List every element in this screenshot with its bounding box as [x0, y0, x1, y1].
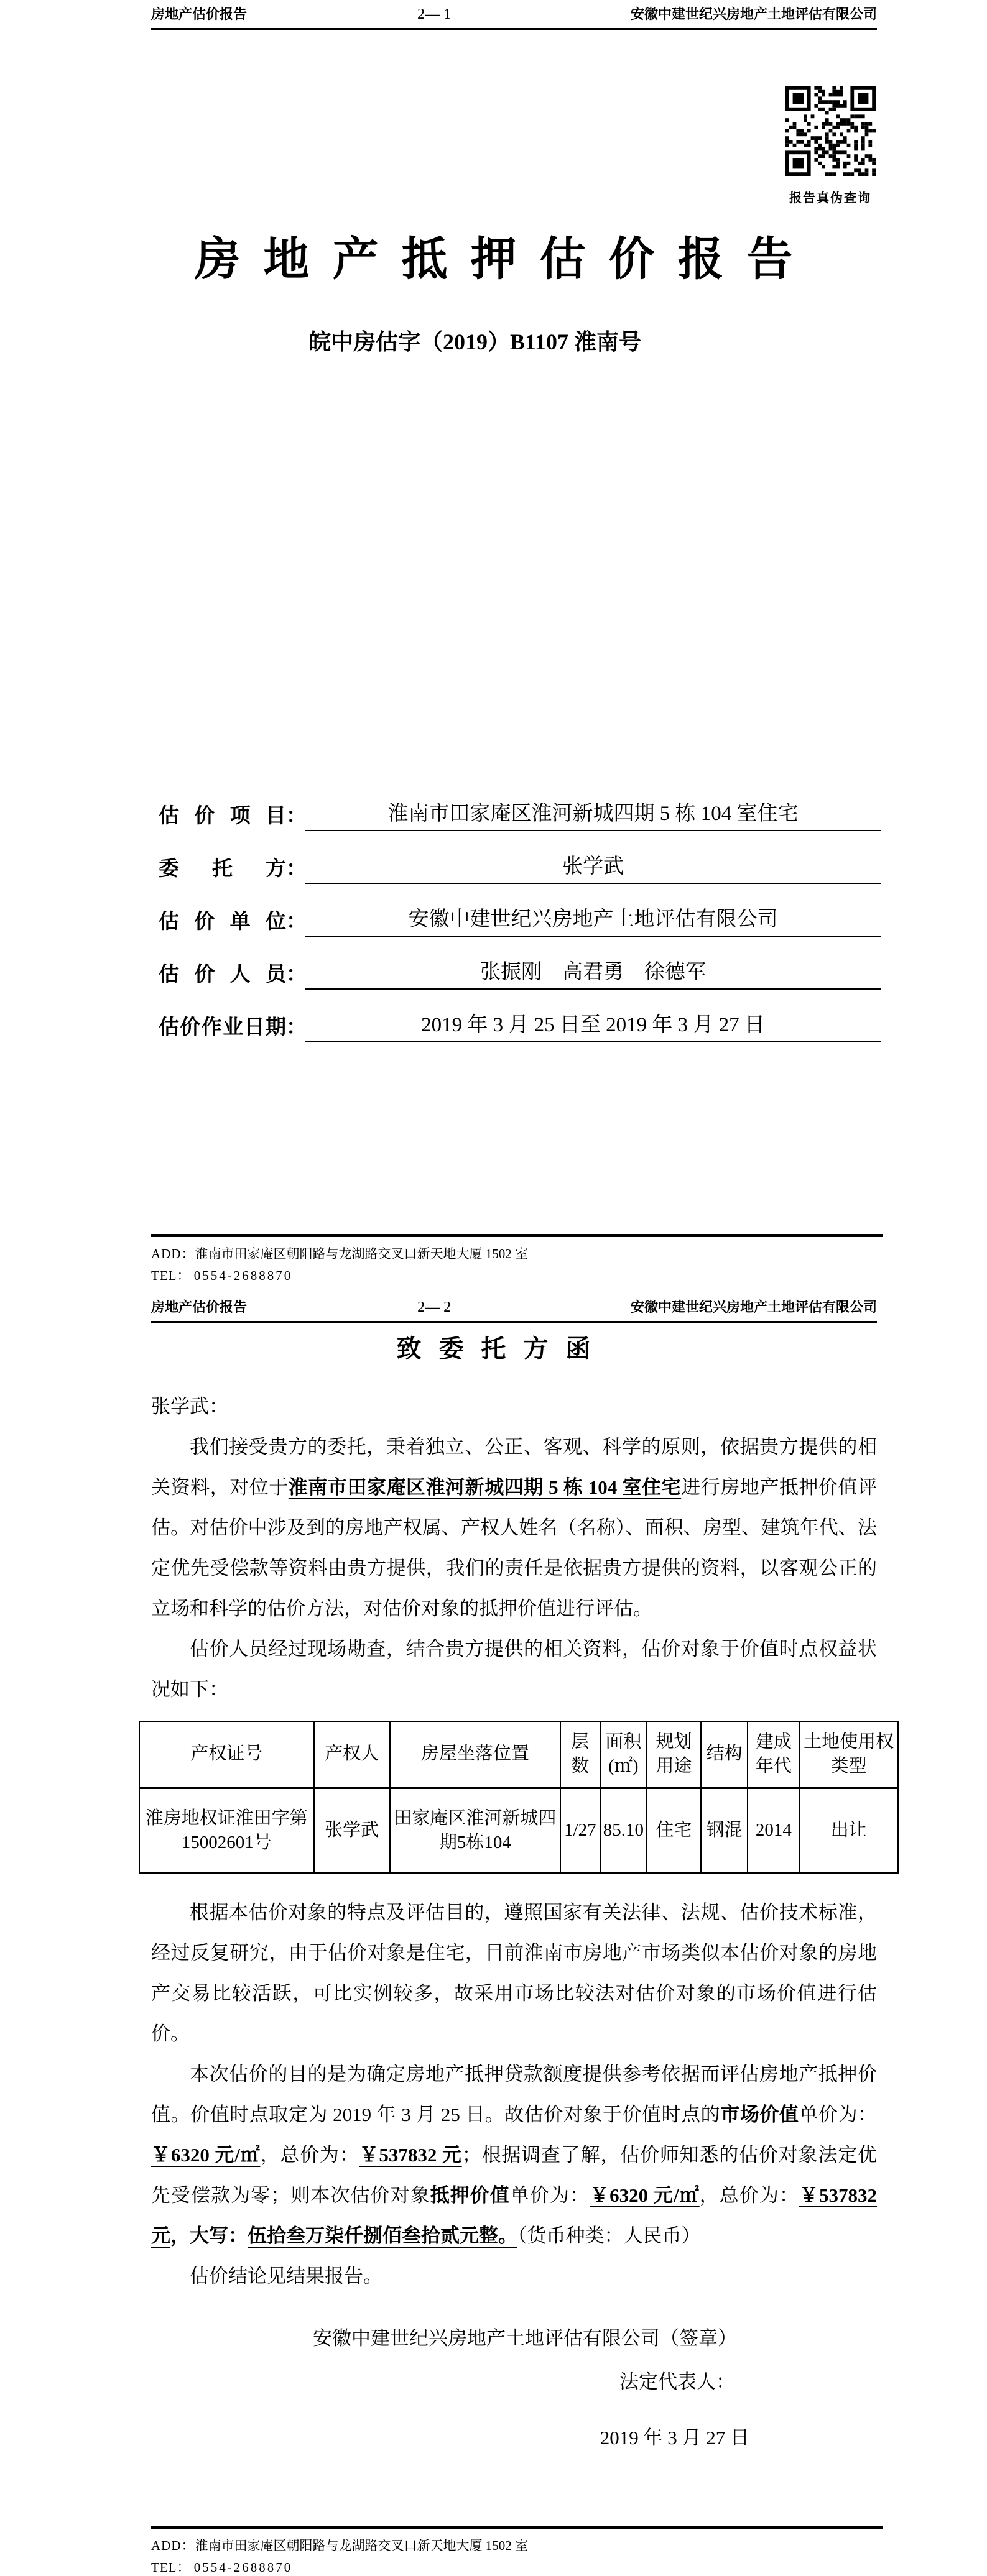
- letter-to-client-page: 房地产估价报告 2— 2 安徽中建世纪兴房地产土地评估有限公司 致委托方函 张学…: [0, 1293, 987, 2576]
- footer-phone: 0554-2688870: [194, 1268, 293, 1283]
- header-company: 安徽中建世纪兴房地产土地评估有限公司: [499, 4, 877, 23]
- legal-representative-line: 法定代表人：: [151, 2362, 877, 2402]
- report-cover-page: 房地产估价报告 2— 1 安徽中建世纪兴房地产土地评估有限公司 报告真伪查询 房…: [0, 0, 987, 1293]
- letter-title: 致委托方函: [0, 1329, 987, 1364]
- cover-fields: 估价项目 ： 淮南市田家庵区淮河新城四期 5 栋 104 室住宅 委托方 ： 张…: [159, 778, 881, 1042]
- header-page-number: 2— 1: [369, 6, 499, 23]
- footer-tel-label: TEL：: [151, 1268, 190, 1283]
- field-project: 估价项目 ： 淮南市田家庵区淮河新城四期 5 栋 104 室住宅: [159, 778, 881, 831]
- footer-phone-line: TEL： 0554-2688870: [151, 1265, 883, 1287]
- cell-floor: 1/27: [560, 1788, 600, 1873]
- col-floor: 层数: [560, 1721, 600, 1788]
- paragraph-survey: 估价人员经过现场勘查，结合贵方提供的相关资料，估价对象于价值时点权益状况如下：: [151, 1629, 877, 1709]
- paragraph-conclusion-ref: 估价结论见结果报告。: [151, 2256, 877, 2296]
- company-signature-line: 安徽中建世纪兴房地产土地评估有限公司（签章）: [151, 2318, 877, 2358]
- header-doc-type: 房地产估价报告: [151, 1297, 369, 1316]
- qr-verification-block: 报告真伪查询: [784, 86, 877, 206]
- cell-planned-use: 住宅: [647, 1788, 701, 1873]
- field-label: 估价人员: [159, 958, 286, 990]
- report-title: 房地产抵押估价报告: [0, 223, 987, 288]
- salutation: 张学武：: [151, 1386, 877, 1427]
- col-planned-use: 规划用途: [647, 1721, 701, 1788]
- cell-structure: 钢混: [701, 1788, 748, 1873]
- col-land-use-type: 土地使用权类型: [799, 1721, 898, 1788]
- cell-owner: 张学武: [314, 1788, 390, 1873]
- footer-phone: 0554-2688870: [194, 2560, 293, 2575]
- field-client: 委托方 ： 张学武: [159, 831, 881, 884]
- field-value: 张学武: [305, 850, 881, 884]
- table-row: 淮房地权证淮田字第15002601号 张学武 田家庵区淮河新城四期5栋104 1…: [139, 1788, 898, 1873]
- page-header: 房地产估价报告 2— 1 安徽中建世纪兴房地产土地评估有限公司: [151, 4, 877, 30]
- field-value: 2019 年 3 月 25 日至 2019 年 3 月 27 日: [305, 1008, 881, 1042]
- paragraph-valuation: 本次估价的目的是为确定房地产抵押贷款额度提供参考依据而评估房地产抵押价值。价值时…: [151, 2054, 877, 2256]
- field-label: 估价项目: [159, 799, 286, 831]
- cell-area: 85.10: [600, 1788, 647, 1873]
- field-label: 估价单位: [159, 905, 286, 937]
- field-colon: ：: [286, 905, 305, 937]
- cell-land-use-type: 出让: [799, 1788, 898, 1873]
- col-cert-no: 产权证号: [139, 1721, 314, 1788]
- paragraph-method: 根据本估价对象的特点及评估目的，遵照国家有关法律、法规、估价技术标准，经过反复研…: [151, 1892, 877, 2054]
- page-header: 房地产估价报告 2— 2 安徽中建世纪兴房地产土地评估有限公司: [151, 1297, 877, 1323]
- paragraph-engagement: 我们接受贵方的委托，秉着独立、公正、客观、科学的原则，依据贵方提供的相关资料，对…: [151, 1427, 877, 1629]
- field-label: 委托方: [159, 852, 286, 884]
- footer-phone-line: TEL： 0554-2688870: [151, 2557, 883, 2576]
- footer-address-line: ADD：淮南市田家庵区朝阳路与龙湖路交叉口新天地大厦 1502 室: [151, 2535, 883, 2557]
- page-footer: ADD：淮南市田家庵区朝阳路与龙湖路交叉口新天地大厦 1502 室 TEL： 0…: [151, 1234, 883, 1287]
- cell-cert-no: 淮房地权证淮田字第15002601号: [139, 1788, 314, 1873]
- footer-add-label: ADD：: [151, 2538, 195, 2553]
- field-value: 安徽中建世纪兴房地产土地评估有限公司: [305, 903, 881, 937]
- footer-address: 淮南市田家庵区朝阳路与龙湖路交叉口新天地大厦 1502 室: [195, 1246, 529, 1261]
- footer-tel-label: TEL：: [151, 2560, 190, 2575]
- cell-year-built: 2014: [748, 1788, 799, 1873]
- page-footer: ADD：淮南市田家庵区朝阳路与龙湖路交叉口新天地大厦 1502 室 TEL： 0…: [151, 2526, 883, 2576]
- letter-body: 张学武： 我们接受贵方的委托，秉着独立、公正、客观、科学的原则，依据贵方提供的相…: [151, 1386, 877, 2458]
- col-year-built: 建成年代: [748, 1721, 799, 1788]
- footer-address: 淮南市田家庵区朝阳路与龙湖路交叉口新天地大厦 1502 室: [195, 2538, 529, 2553]
- field-agency: 估价单位 ： 安徽中建世纪兴房地产土地评估有限公司: [159, 884, 881, 937]
- table-header-row: 产权证号 产权人 房屋坐落位置 层数 面积(㎡) 规划用途 结构 建成年代 土地…: [139, 1721, 898, 1788]
- field-work-dates: 估价作业日期 ： 2019 年 3 月 25 日至 2019 年 3 月 27 …: [159, 990, 881, 1042]
- field-value: 淮南市田家庵区淮河新城四期 5 栋 104 室住宅: [305, 797, 881, 831]
- property-rights-table: 产权证号 产权人 房屋坐落位置 层数 面积(㎡) 规划用途 结构 建成年代 土地…: [139, 1721, 899, 1874]
- qr-code-icon: [785, 86, 876, 176]
- footer-add-label: ADD：: [151, 1246, 195, 1261]
- field-appraisers: 估价人员 ： 张振刚 高君勇 徐德军: [159, 937, 881, 990]
- closing-block: 安徽中建世纪兴房地产土地评估有限公司（签章） 法定代表人： 2019 年 3 月…: [151, 2318, 877, 2458]
- col-owner: 产权人: [314, 1721, 390, 1788]
- cell-location: 田家庵区淮河新城四期5栋104: [390, 1788, 561, 1873]
- field-label: 估价作业日期: [159, 1011, 286, 1042]
- report-number: 皖中房估字（2019）B1107 淮南号: [0, 324, 950, 356]
- footer-address-line: ADD：淮南市田家庵区朝阳路与龙湖路交叉口新天地大厦 1502 室: [151, 1243, 883, 1265]
- col-structure: 结构: [701, 1721, 748, 1788]
- qr-caption: 报告真伪查询: [784, 188, 877, 206]
- header-company: 安徽中建世纪兴房地产土地评估有限公司: [499, 1297, 877, 1316]
- col-area: 面积(㎡): [600, 1721, 647, 1788]
- field-colon: ：: [286, 852, 305, 884]
- field-colon: ：: [286, 1011, 305, 1042]
- header-doc-type: 房地产估价报告: [151, 4, 369, 23]
- col-location: 房屋坐落位置: [390, 1721, 561, 1788]
- report-date: 2019 年 3 月 27 日: [151, 2417, 877, 2458]
- field-colon: ：: [286, 799, 305, 831]
- field-colon: ：: [286, 958, 305, 990]
- header-page-number: 2— 2: [369, 1299, 499, 1316]
- field-value: 张振刚 高君勇 徐德军: [305, 955, 881, 990]
